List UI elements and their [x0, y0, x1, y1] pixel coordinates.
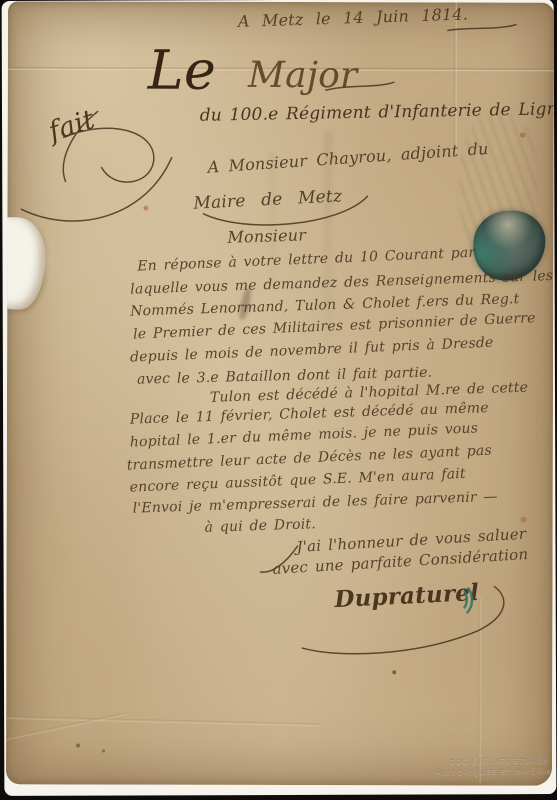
laid-paper-streak-2 — [269, 152, 275, 292]
recipient-line-2: Maire de Metz — [193, 186, 343, 213]
letterhead-le: Le — [148, 44, 216, 98]
collection-stamp: SOCIÉTÉ DES ÉTUDES HISTORIQUES ET IMPÉRI… — [436, 755, 554, 780]
fold-crease-vertical-topright — [454, 2, 457, 152]
fold-crease-bottom-left — [6, 716, 320, 727]
dateline-flourish — [448, 24, 516, 30]
rust-spot — [520, 133, 526, 138]
rust-spot — [143, 206, 148, 211]
body-p1-line: En réponse à votre lettre du 10 Courant … — [137, 245, 476, 275]
ink-speck — [102, 750, 105, 753]
letterhead-major: Major — [248, 58, 357, 94]
salutation: Monsieur — [227, 225, 306, 247]
tear-stain — [35, 237, 63, 281]
margin-note: fait — [45, 104, 99, 148]
ink-speck — [76, 743, 80, 747]
signature: Dupraturel — [334, 579, 480, 613]
fold-crease-bottom-left-diagonal — [6, 712, 127, 742]
letter-paper: A Metz le 14 Juin 1814. Le Major du 100.… — [6, 1, 554, 785]
letterhead-regiment: du 100.e Régiment d'Infanterie de Ligne, — [200, 99, 554, 126]
fait-flourish-sweep — [21, 157, 171, 221]
dateline: A Metz le 14 Juin 1814. — [238, 4, 469, 30]
rust-spot — [521, 517, 527, 523]
body-p2-line: à qui de Droit. — [204, 516, 316, 536]
scanned-letter: A Metz le 14 Juin 1814. Le Major du 100.… — [0, 0, 557, 800]
letterhead: Le Major — [148, 44, 358, 99]
recipient-line-1: A Monsieur Chayrou, adjoint du — [207, 139, 489, 177]
fold-crease-vertical-right — [478, 599, 481, 784]
ink-speck — [392, 670, 396, 674]
